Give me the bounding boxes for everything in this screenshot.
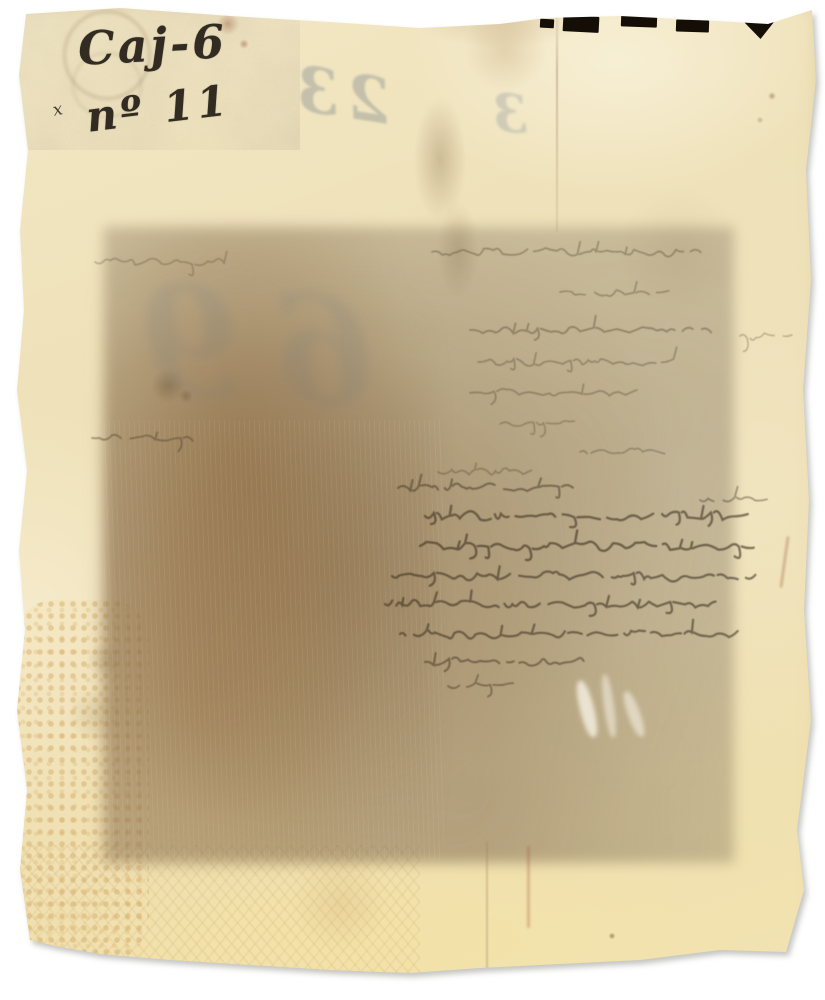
abrasion-streak <box>573 679 601 739</box>
vertical-crease-bottom <box>486 842 488 972</box>
show-through-pencil-numerals: 23 <box>283 50 395 138</box>
reddish-crease-mark <box>527 846 530 928</box>
archival-box-label: Caj-6 <box>77 14 229 76</box>
show-through-script-line <box>448 675 513 697</box>
ink-edge-mark <box>744 22 774 39</box>
ink-edge-mark <box>563 15 600 33</box>
show-through-script-line <box>700 487 767 502</box>
show-through-script <box>0 0 825 1000</box>
show-through-script-line <box>400 620 738 639</box>
parchment-wrapper: 69 23 3 Caj-6 nº 11 x <box>0 0 825 1000</box>
follicle-texture-left <box>14 600 149 960</box>
show-through-large-numerals: 69 <box>102 249 382 443</box>
show-through-script-line <box>560 282 669 296</box>
show-through-script-line <box>425 653 593 671</box>
show-through-script-line <box>432 242 701 257</box>
parchment-sheet: 69 23 3 Caj-6 nº 11 x <box>0 0 825 1000</box>
show-through-script-line <box>478 348 677 372</box>
show-through-script-line <box>438 463 531 474</box>
ink-edge-mark <box>540 19 554 29</box>
show-through-script-line <box>425 506 748 528</box>
vertical-crease-top <box>556 0 558 232</box>
top-edge-ink-marks <box>0 0 825 1000</box>
show-through-script-line <box>398 475 573 498</box>
show-through-script-line <box>470 316 720 340</box>
show-through-script-line <box>392 566 755 586</box>
fiber-streaks <box>104 420 444 860</box>
show-through-script-line <box>92 432 196 451</box>
show-through-script-line <box>385 591 716 616</box>
right-edge-crease-mark <box>779 536 789 588</box>
scanner-background: { "scan": { "background_color": "#ffffff… <box>0 0 825 1000</box>
abrasion-streak <box>600 674 619 739</box>
show-through-script-line <box>500 421 574 437</box>
stain-speckles <box>0 0 825 1000</box>
follicle-texture-bottom <box>20 845 420 973</box>
show-through-script-line <box>470 384 637 404</box>
abrasion-streak <box>620 689 648 738</box>
show-through-script-line <box>740 333 799 351</box>
show-through-pencil-numeral-secondary: 3 <box>489 83 530 147</box>
white-abrasion-patch <box>568 672 664 756</box>
show-through-script-line <box>580 448 665 453</box>
ink-edge-mark <box>676 19 709 32</box>
ink-cross-mark: x <box>51 99 65 121</box>
show-through-script-line <box>420 530 754 560</box>
ink-edge-mark <box>621 15 657 27</box>
